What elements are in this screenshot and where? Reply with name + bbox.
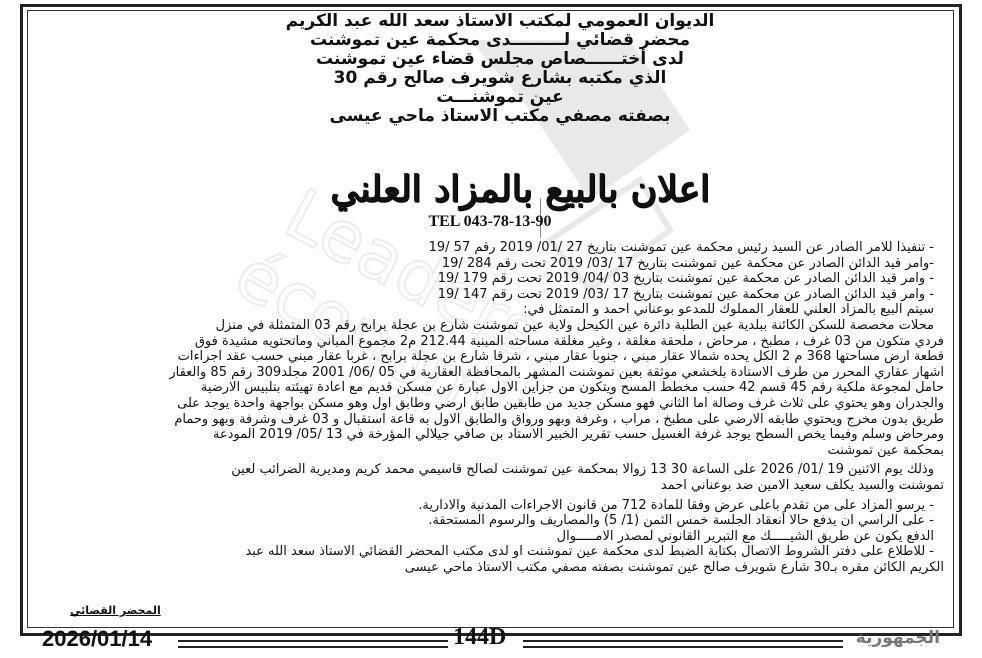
condition-line: الدفع يكون عن طريق الشيـــــك مع التبرير… (40, 529, 944, 545)
session-line: وذلك يوم الاثنين 19 /01/ 2026 على الساعة… (40, 462, 944, 478)
property-description-line: فردي متكون من 03 غرف ، مطبخ ، مرحاض ، مل… (40, 334, 944, 350)
auction-title: اعلان بالبيع بالمزاد العلني (300, 168, 740, 210)
order-line: - تنفيذا للامر الصادر عن السيد رئيس محكم… (40, 240, 944, 256)
bailiff-signature: المحضر القضائي (70, 604, 161, 617)
order-line: - وامر قيد الدائن الصادر عن محكمة عين تم… (40, 271, 944, 287)
header-line: الديوان العمومي لمكتب الاستاذ سعد الله ع… (250, 12, 750, 31)
order-line: - وامر قيد الدائن الصادر عن محكمة عين تم… (40, 287, 944, 303)
header-line: لدى أختــــــصاص مجلس قضاء عين تموشنت (250, 50, 750, 69)
condition-line: - يرسو المزاد على من تقدم باعلى عرض وفقا… (40, 498, 944, 514)
session-line: تموشنت والسيد يكلف سعيد الامين ضد بوعنان… (40, 478, 944, 494)
notice-body: - تنفيذا للامر الصادر عن السيد رئيس محكم… (40, 240, 944, 575)
property-description-line: محلات مخصصة للسكن الكائنة ببلدية عين الط… (40, 318, 944, 334)
footer-rule (178, 640, 448, 648)
condition-line: الكريم الكائن مقره بـ30 شارع شويرف صالح … (40, 560, 944, 576)
newspaper-brand: الجمهورية (856, 628, 940, 648)
property-description-line: والجدران وهو يحتوي على ثلاث غرف وصالة ام… (40, 396, 944, 412)
header-line: محضر قضائي لـــــــــدى محكمة عين تموشنت (250, 31, 750, 50)
condition-line: - للاطلاع على دفتر الشروط الاتصال بكتابة… (40, 544, 944, 560)
property-description-line: حامل لمجوعة ملكية رقم 45 قسم 42 حسب مخطط… (40, 380, 944, 396)
newspaper-footer: 2026/01/14 144D الجمهورية (28, 626, 954, 656)
condition-line: - على الراسي ان يدفع حالا أنعقاد الجلسة … (40, 513, 944, 529)
property-description-line: اشهار عقاري المحرر من طرف الاستادة بلخشع… (40, 365, 944, 381)
telephone-number: TEL 043-78-13-90 (400, 213, 580, 231)
footer-rule (523, 640, 843, 648)
publication-date: 2026/01/14 (42, 626, 152, 652)
property-description-line: ومرحاض وسلم وفيما يخص السطح يوجد غرفة ال… (40, 427, 944, 443)
sale-intro: سيتم البيع بالمزاد العلني للعقار المملوك… (40, 302, 944, 318)
property-description-line: بمحكمة عين تموشنت (40, 443, 944, 459)
property-description-line: قطعة ارض مساحتها 368 م 2 الكل يحده شمالا… (40, 349, 944, 365)
page-code: 144D (453, 624, 506, 651)
header-line: بصفته مصفي مكتب الاستاذ ماحي عيسى (250, 107, 750, 126)
bailiff-office-header: الديوان العمومي لمكتب الاستاذ سعد الله ع… (250, 12, 750, 126)
property-description-line: طريق بدون مخرج ويحتوي طابقه الارضي على م… (40, 412, 944, 428)
header-line: عين تموشنـــت (250, 88, 750, 107)
header-line: الذي مكتبه بشارع شويرف صالح رقم 30 (250, 69, 750, 88)
order-line: -وامر قيد الدائن الصادر عن محكمة عين تمو… (40, 256, 944, 272)
